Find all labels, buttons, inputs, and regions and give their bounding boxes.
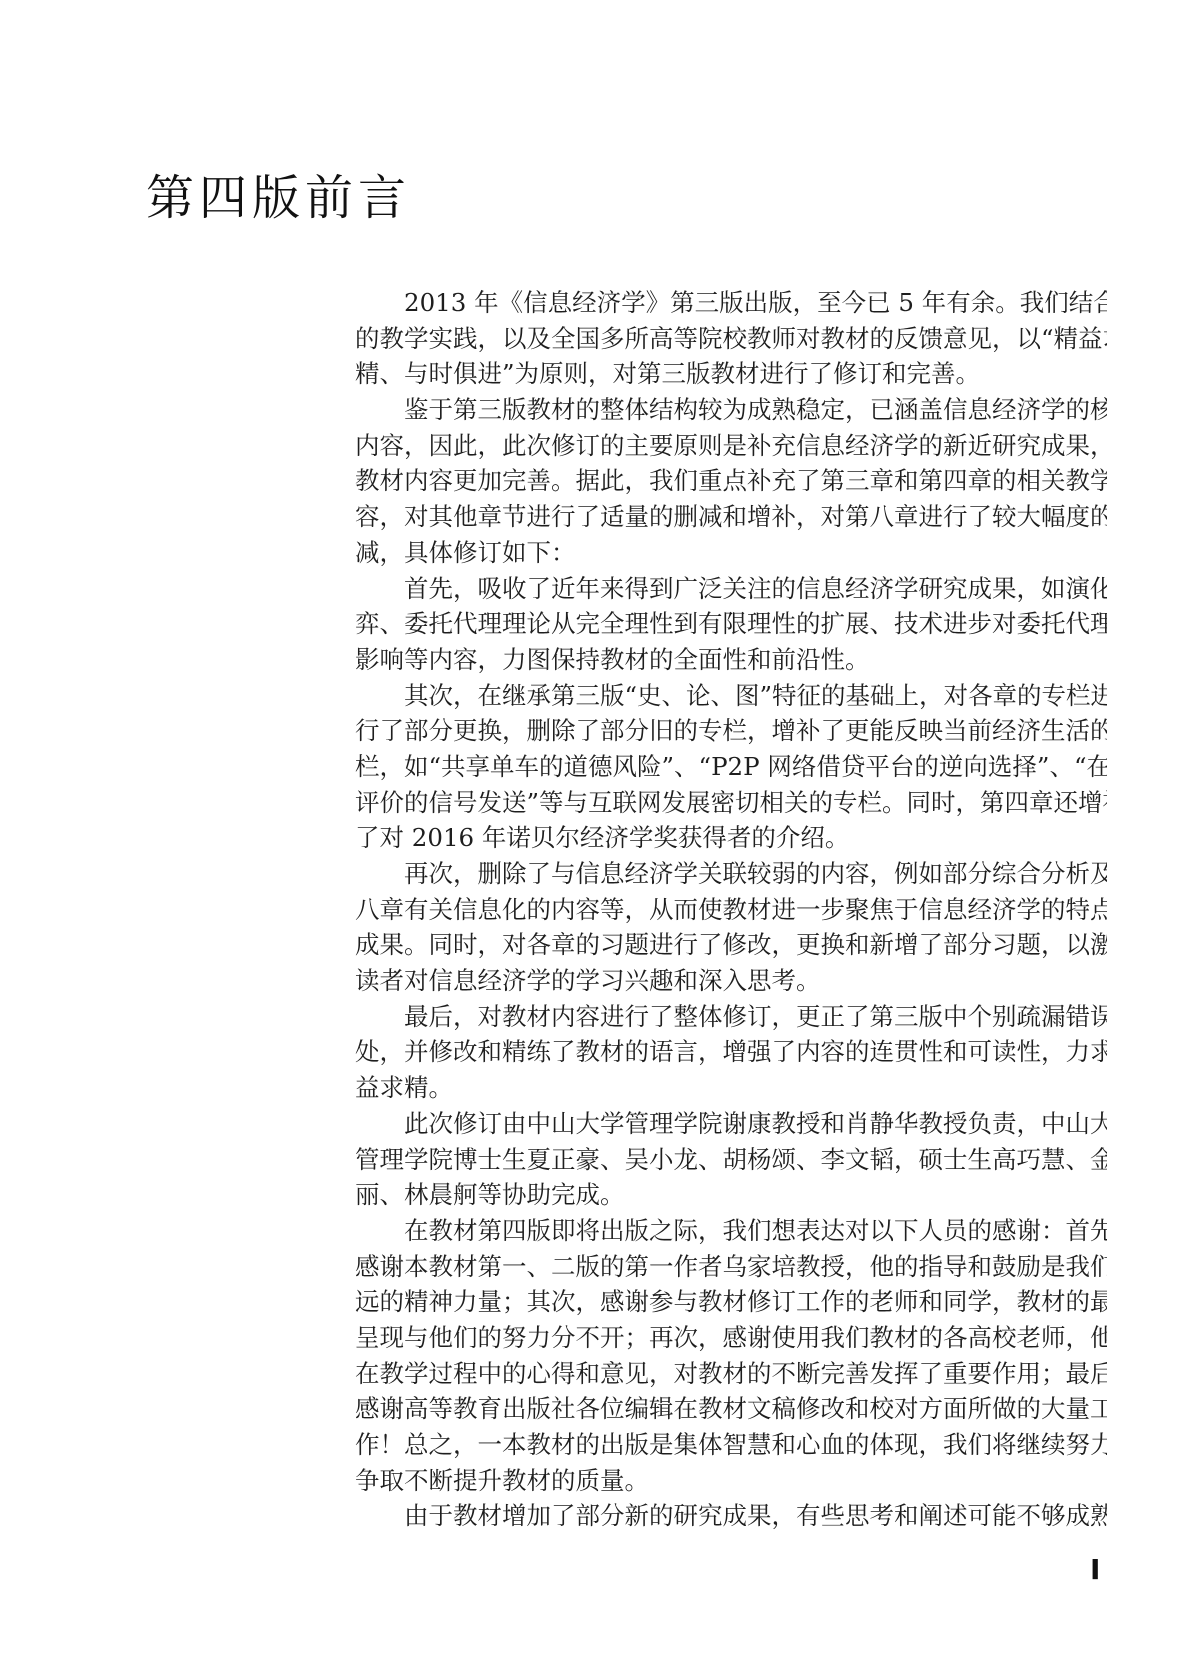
text-line: 此次修订由中山大学管理学院谢康教授和肖静华教授负责，中山大学	[355, 1106, 1107, 1142]
text-line: 内容，因此，此次修订的主要原则是补充信息经济学的新近研究成果，使	[355, 428, 1107, 464]
text-line: 栏，如“共享单车的道德风险”、“P2P 网络借贷平台的逆向选择”、“在线	[355, 749, 1107, 785]
text-line: 了对 2016 年诺贝尔经济学奖获得者的介绍。	[355, 820, 1107, 856]
page-number: I	[1090, 1553, 1100, 1586]
text-line: 在教学过程中的心得和意见，对教材的不断完善发挥了重要作用；最后，	[355, 1356, 1107, 1392]
text-line: 精、与时俱进”为原则，对第三版教材进行了修订和完善。	[355, 356, 1107, 392]
paragraph: 再次，删除了与信息经济学关联较弱的内容，例如部分综合分析及第 八章有关信息化的内…	[355, 856, 1107, 999]
text-line: 容，对其他章节进行了适量的删减和增补，对第八章进行了较大幅度的删	[355, 499, 1107, 535]
text-line: 鉴于第三版教材的整体结构较为成熟稳定，已涵盖信息经济学的核心	[355, 392, 1107, 428]
text-line: 再次，删除了与信息经济学关联较弱的内容，例如部分综合分析及第	[355, 856, 1107, 892]
text-line: 管理学院博士生夏正豪、吴小龙、胡杨颂、李文韬，硕士生高巧慧、金佳	[355, 1142, 1107, 1178]
text-line: 呈现与他们的努力分不开；再次，感谢使用我们教材的各高校老师，他们	[355, 1320, 1107, 1356]
text-line: 的教学实践，以及全国多所高等院校教师对教材的反馈意见，以“精益求	[355, 321, 1107, 357]
paragraph: 此次修订由中山大学管理学院谢康教授和肖静华教授负责，中山大学 管理学院博士生夏正…	[355, 1106, 1107, 1213]
text-line: 处，并修改和精练了教材的语言，增强了内容的连贯性和可读性，力求精	[355, 1034, 1107, 1070]
preface-body: 2013 年《信息经济学》第三版出版，至今已 5 年有余。我们结合自身 的教学实…	[355, 285, 1107, 1534]
text-line: 远的精神力量；其次，感谢参与教材修订工作的老师和同学，教材的最终	[355, 1284, 1107, 1320]
text-line: 减，具体修订如下：	[355, 535, 1107, 571]
paragraph: 由于教材增加了部分新的研究成果，有些思考和阐述可能不够成熟，	[355, 1498, 1107, 1534]
text-line: 首先，吸收了近年来得到广泛关注的信息经济学研究成果，如演化博	[355, 571, 1107, 607]
text-line: 成果。同时，对各章的习题进行了修改，更换和新增了部分习题，以激发	[355, 927, 1107, 963]
text-line: 最后，对教材内容进行了整体修订，更正了第三版中个别疏漏错误之	[355, 999, 1107, 1035]
text-line: 感谢高等教育出版社各位编辑在教材文稿修改和校对方面所做的大量工	[355, 1391, 1107, 1427]
text-line: 评价的信号发送”等与互联网发展密切相关的专栏。同时，第四章还增补	[355, 785, 1107, 821]
text-line: 读者对信息经济学的学习兴趣和深入思考。	[355, 963, 1107, 999]
text-line: 八章有关信息化的内容等，从而使教材进一步聚焦于信息经济学的特点和	[355, 892, 1107, 928]
paragraph: 其次，在继承第三版“史、论、图”特征的基础上，对各章的专栏进 行了部分更换，删除…	[355, 678, 1107, 856]
text-line: 丽、林晨舸等协助完成。	[355, 1177, 1107, 1213]
text-line: 益求精。	[355, 1070, 1107, 1106]
text-line: 在教材第四版即将出版之际，我们想表达对以下人员的感谢：首先，	[355, 1213, 1107, 1249]
paragraph: 2013 年《信息经济学》第三版出版，至今已 5 年有余。我们结合自身 的教学实…	[355, 285, 1107, 392]
text-line: 其次，在继承第三版“史、论、图”特征的基础上，对各章的专栏进	[355, 678, 1107, 714]
text-line: 行了部分更换，删除了部分旧的专栏，增补了更能反映当前经济生活的专	[355, 713, 1107, 749]
paragraph: 在教材第四版即将出版之际，我们想表达对以下人员的感谢：首先， 感谢本教材第一、二…	[355, 1213, 1107, 1499]
text-line: 2013 年《信息经济学》第三版出版，至今已 5 年有余。我们结合自身	[355, 285, 1107, 321]
paragraph: 最后，对教材内容进行了整体修订，更正了第三版中个别疏漏错误之 处，并修改和精练了…	[355, 999, 1107, 1106]
text-line: 争取不断提升教材的质量。	[355, 1463, 1107, 1499]
text-line: 教材内容更加完善。据此，我们重点补充了第三章和第四章的相关教学内	[355, 463, 1107, 499]
paragraph: 首先，吸收了近年来得到广泛关注的信息经济学研究成果，如演化博 弈、委托代理理论从…	[355, 571, 1107, 678]
text-line: 弈、委托代理理论从完全理性到有限理性的扩展、技术进步对委托代理的	[355, 606, 1107, 642]
paragraph: 鉴于第三版教材的整体结构较为成熟稳定，已涵盖信息经济学的核心 内容，因此，此次修…	[355, 392, 1107, 570]
text-line: 感谢本教材第一、二版的第一作者乌家培教授，他的指导和鼓励是我们永	[355, 1249, 1107, 1285]
text-line: 作！总之，一本教材的出版是集体智慧和心血的体现，我们将继续努力，	[355, 1427, 1107, 1463]
text-line: 由于教材增加了部分新的研究成果，有些思考和阐述可能不够成熟，	[355, 1498, 1107, 1534]
text-line: 影响等内容，力图保持教材的全面性和前沿性。	[355, 642, 1107, 678]
page-title: 第四版前言	[146, 168, 411, 228]
